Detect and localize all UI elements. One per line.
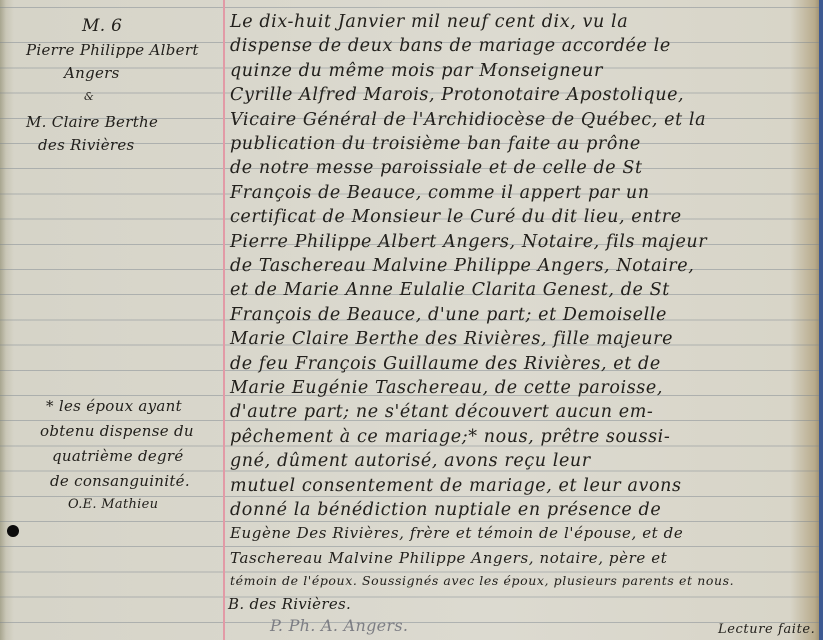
- entry-line: Cyrille Alfred Marois, Protonotaire Apos…: [230, 85, 684, 105]
- entry-line: et de Marie Anne Eulalie Clarita Genest,…: [230, 280, 670, 300]
- groom-name-line2: Angers: [64, 64, 120, 82]
- entry-line: Le dix-huit Janvier mil neuf cent dix, v…: [230, 12, 628, 32]
- conjunction: &: [84, 90, 94, 103]
- note-line: obtenu dispense du: [40, 422, 194, 440]
- signature-groom: P. Ph. A. Angers.: [270, 616, 408, 635]
- note-line: * les époux ayant: [46, 397, 182, 415]
- register-page: M. 6 Pierre Philippe Albert Angers & M. …: [0, 0, 823, 640]
- entry-line: Pierre Philippe Albert Angers, Notaire, …: [230, 232, 707, 252]
- bride-name-line2: des Rivières: [38, 136, 135, 154]
- entry-line: Taschereau Malvine Philippe Angers, nota…: [230, 549, 667, 567]
- entry-line: de feu François Guillaume des Rivières, …: [230, 354, 661, 374]
- entry-line: témoin de l'époux. Soussignés avec les é…: [230, 573, 734, 588]
- page-edge: [819, 0, 823, 640]
- entry-line: d'autre part; ne s'étant découvert aucun…: [230, 402, 653, 422]
- entry-line: Marie Claire Berthe des Rivières, fille …: [230, 329, 673, 349]
- entry-line: mutuel consentement de mariage, et leur …: [230, 476, 682, 496]
- entry-line: dispense de deux bans de mariage accordé…: [230, 36, 671, 56]
- entry-number: M. 6: [82, 16, 122, 36]
- entry-line: de notre messe paroissiale et de celle d…: [230, 158, 643, 178]
- entry-line: François de Beauce, d'une part; et Demoi…: [230, 305, 667, 325]
- entry-line: François de Beauce, comme il appert par …: [230, 183, 650, 203]
- entry-line: pêchement à ce mariage;* nous, prêtre so…: [230, 427, 670, 447]
- entry-line: Lecture faite.: [718, 622, 815, 637]
- note-line: quatrième degré: [52, 447, 184, 465]
- entry-line: de Taschereau Malvine Philippe Angers, N…: [230, 256, 694, 276]
- entry-line: donné la bénédiction nuptiale en présenc…: [230, 500, 661, 520]
- note-initials: O.E. Mathieu: [68, 497, 158, 512]
- entry-line: certificat de Monsieur le Curé du dit li…: [230, 207, 682, 227]
- bride-name-line1: M. Claire Berthe: [26, 113, 158, 131]
- groom-name-line1: Pierre Philippe Albert: [26, 41, 199, 59]
- entry-line: Eugène Des Rivières, frère et témoin de …: [230, 524, 683, 542]
- entry-line: quinze du même mois par Monseigneur: [230, 61, 603, 81]
- binding-hole: [7, 525, 19, 537]
- entry-line: Vicaire Général de l'Archidiocèse de Qué…: [230, 110, 706, 130]
- note-line: de consanguinité.: [50, 472, 190, 490]
- entry-line: Marie Eugénie Taschereau, de cette paroi…: [230, 378, 663, 398]
- entry-line: publication du troisième ban faite au pr…: [230, 134, 641, 154]
- entry-line: gné, dûment autorisé, avons reçu leur: [230, 451, 591, 471]
- signature-bride: B. des Rivières.: [228, 595, 351, 613]
- margin-rule: [223, 0, 225, 640]
